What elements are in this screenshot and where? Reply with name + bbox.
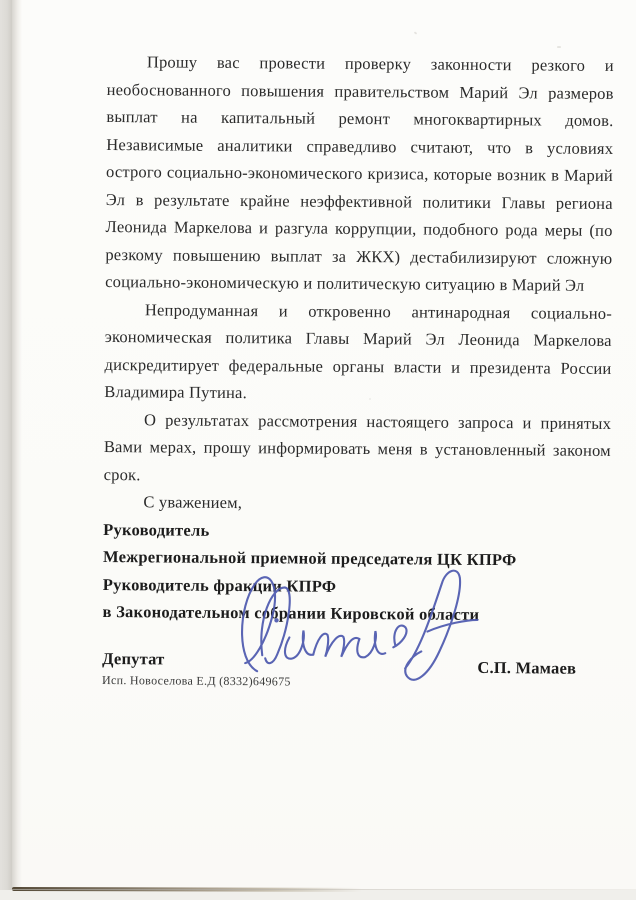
role-line-reception: Межрегиональной приемной председателя ЦК… bbox=[103, 543, 610, 574]
scanner-left-edge bbox=[0, 0, 12, 900]
scan-speck bbox=[414, 31, 418, 34]
body-paragraph-3: О результатах рассмотрения настоящего за… bbox=[104, 405, 612, 491]
position-label: Депутат bbox=[102, 644, 164, 672]
letter-body: Прошу вас провести проверку законности р… bbox=[102, 48, 614, 692]
role-line-assembly: в Законодательном собрании Кировской обл… bbox=[102, 598, 609, 629]
scanned-letter-page: { "colors": { "paper": "#fcfcfa", "ink":… bbox=[0, 0, 636, 900]
paper-bottom-edge-line bbox=[12, 889, 636, 890]
signature-row: Депутат С.П. Мамаев bbox=[102, 644, 609, 675]
scan-speck bbox=[557, 46, 561, 48]
body-paragraph-1: Прошу вас провести проверку законности р… bbox=[105, 48, 614, 299]
signatory-name: С.П. Мамаев bbox=[477, 653, 576, 681]
scanner-bottom-edge bbox=[0, 890, 636, 900]
role-line-head: Руководитель bbox=[103, 515, 610, 546]
body-paragraph-2: Непродуманная и откровенно антинародная … bbox=[104, 295, 612, 409]
closing-salutation: С уважением, bbox=[103, 488, 610, 519]
paper-sheet: Прошу вас провести проверку законности р… bbox=[12, 0, 636, 890]
role-line-fraction: Руководитель фракции КПРФ bbox=[103, 570, 610, 601]
